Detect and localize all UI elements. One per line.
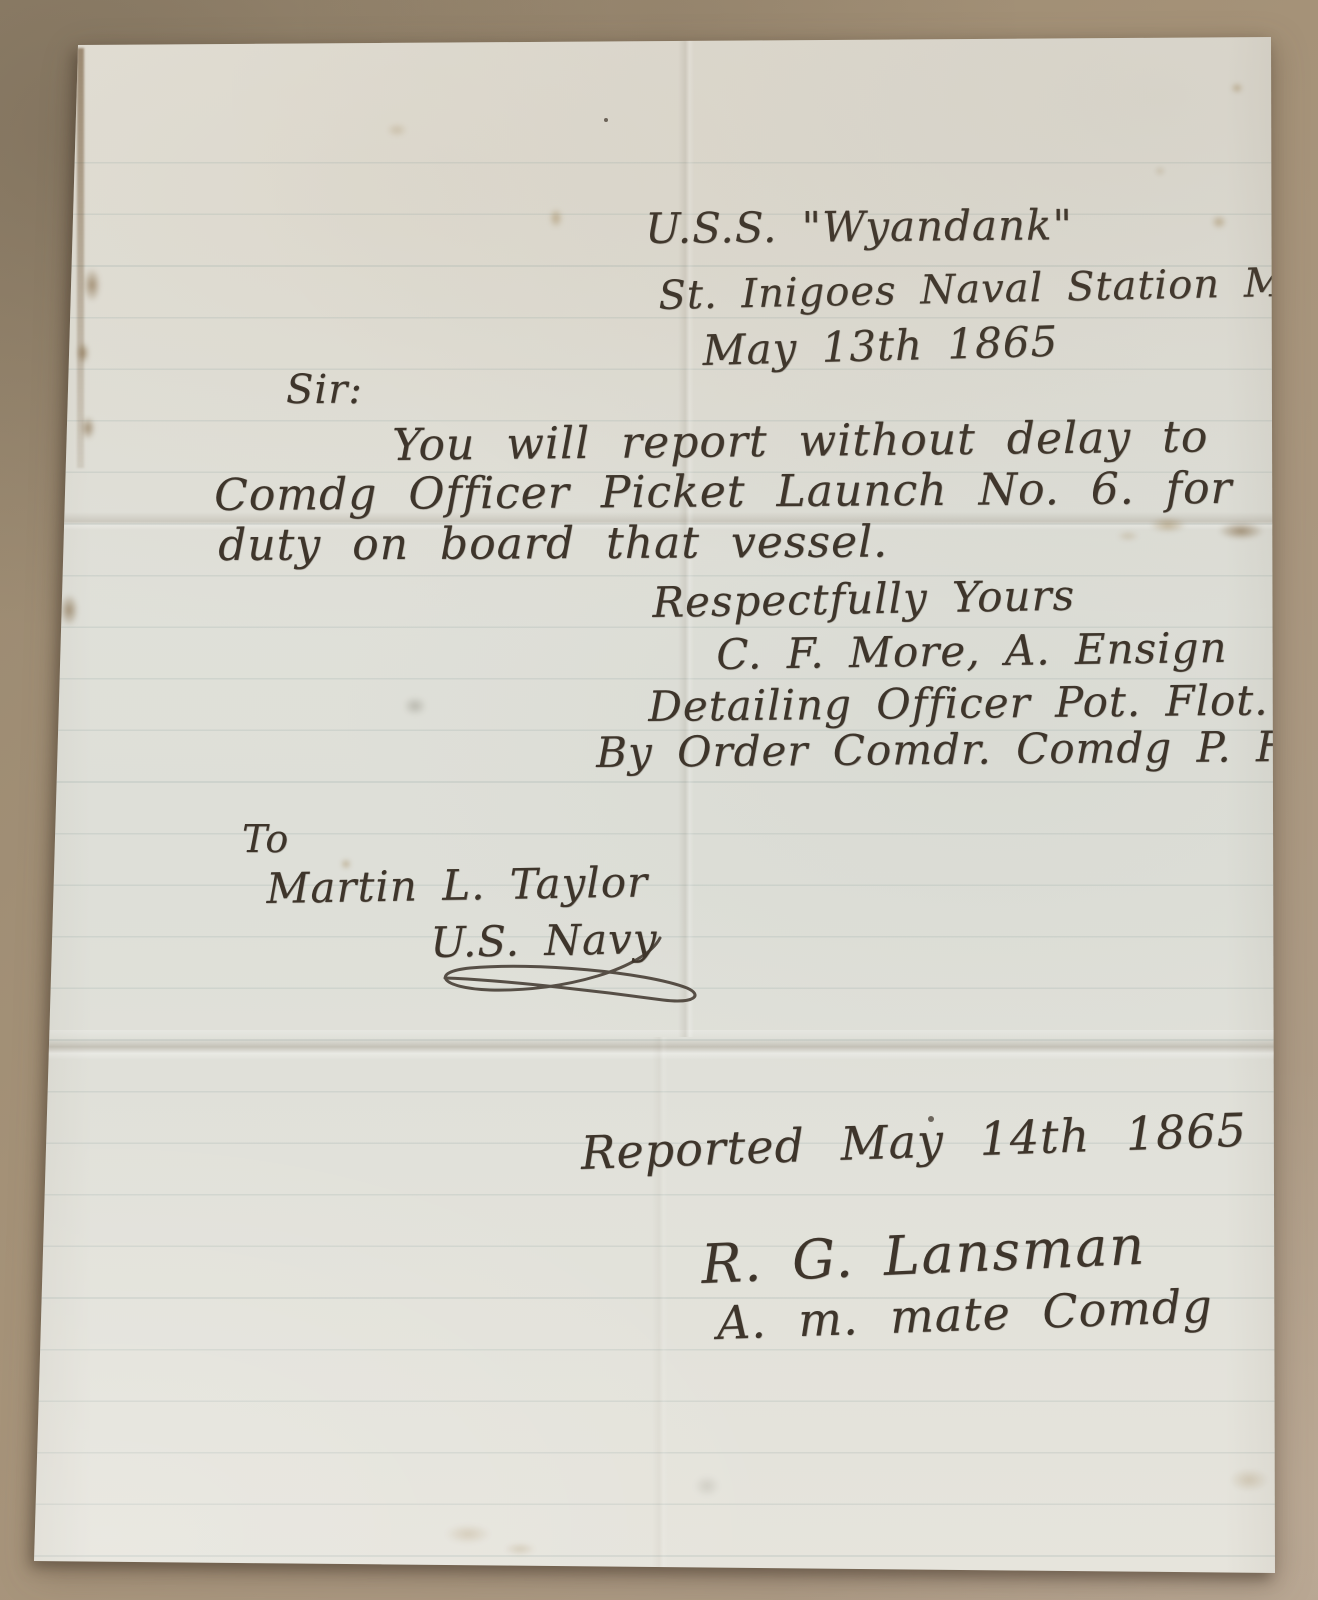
closing-title-line: Detailing Officer Pot. Flot.: [648, 680, 1269, 728]
signature-flourish: [415, 930, 715, 1020]
addressee-name-line: Martin L. Taylor: [266, 861, 648, 910]
closing-respectfully-line: Respectfully Yours: [652, 575, 1075, 624]
heading-date-line: May 13th 1865: [702, 321, 1059, 372]
photo-background: U.S.S. "Wyandank" St. Inigoes Naval Stat…: [0, 0, 1318, 1600]
body-line-2: Comdg Officer Picket Launch No. 6. for: [214, 467, 1233, 518]
body-line-1: You will report without delay to: [392, 415, 1209, 468]
stain: [56, 588, 82, 632]
ink-speck: [604, 118, 608, 122]
stain: [436, 1520, 500, 1548]
stain: [382, 120, 412, 140]
stain: [498, 1540, 542, 1558]
stain: [1208, 212, 1230, 232]
stain: [1112, 528, 1144, 544]
fold-crease-vertical-lower: [652, 1037, 668, 1573]
stain: [1210, 519, 1272, 543]
closing-signature-line: C. F. More, A. Ensign: [716, 627, 1228, 676]
stain: [688, 1470, 726, 1502]
addressee-to-line: To: [242, 820, 289, 858]
body-line-3: duty on board that vessel.: [218, 520, 888, 568]
letter-paper: U.S.S. "Wyandank" St. Inigoes Naval Stat…: [0, 0, 1318, 1600]
stain: [78, 412, 98, 444]
stained-paper-edge: [77, 48, 84, 468]
closing-by-order-line: By Order Comdr. Comdg P. F.: [596, 726, 1294, 774]
paper-shadow: U.S.S. "Wyandank" St. Inigoes Naval Stat…: [0, 0, 1318, 1600]
stain: [1222, 1464, 1276, 1496]
heading-ship-line: U.S.S. "Wyandank": [645, 204, 1073, 250]
stain: [398, 692, 432, 720]
stain: [1152, 164, 1168, 178]
salutation-line: Sir:: [286, 370, 363, 410]
stain: [546, 204, 566, 232]
stain: [80, 262, 104, 308]
stain: [1228, 80, 1246, 96]
stain: [1142, 514, 1194, 536]
stain: [74, 338, 92, 368]
